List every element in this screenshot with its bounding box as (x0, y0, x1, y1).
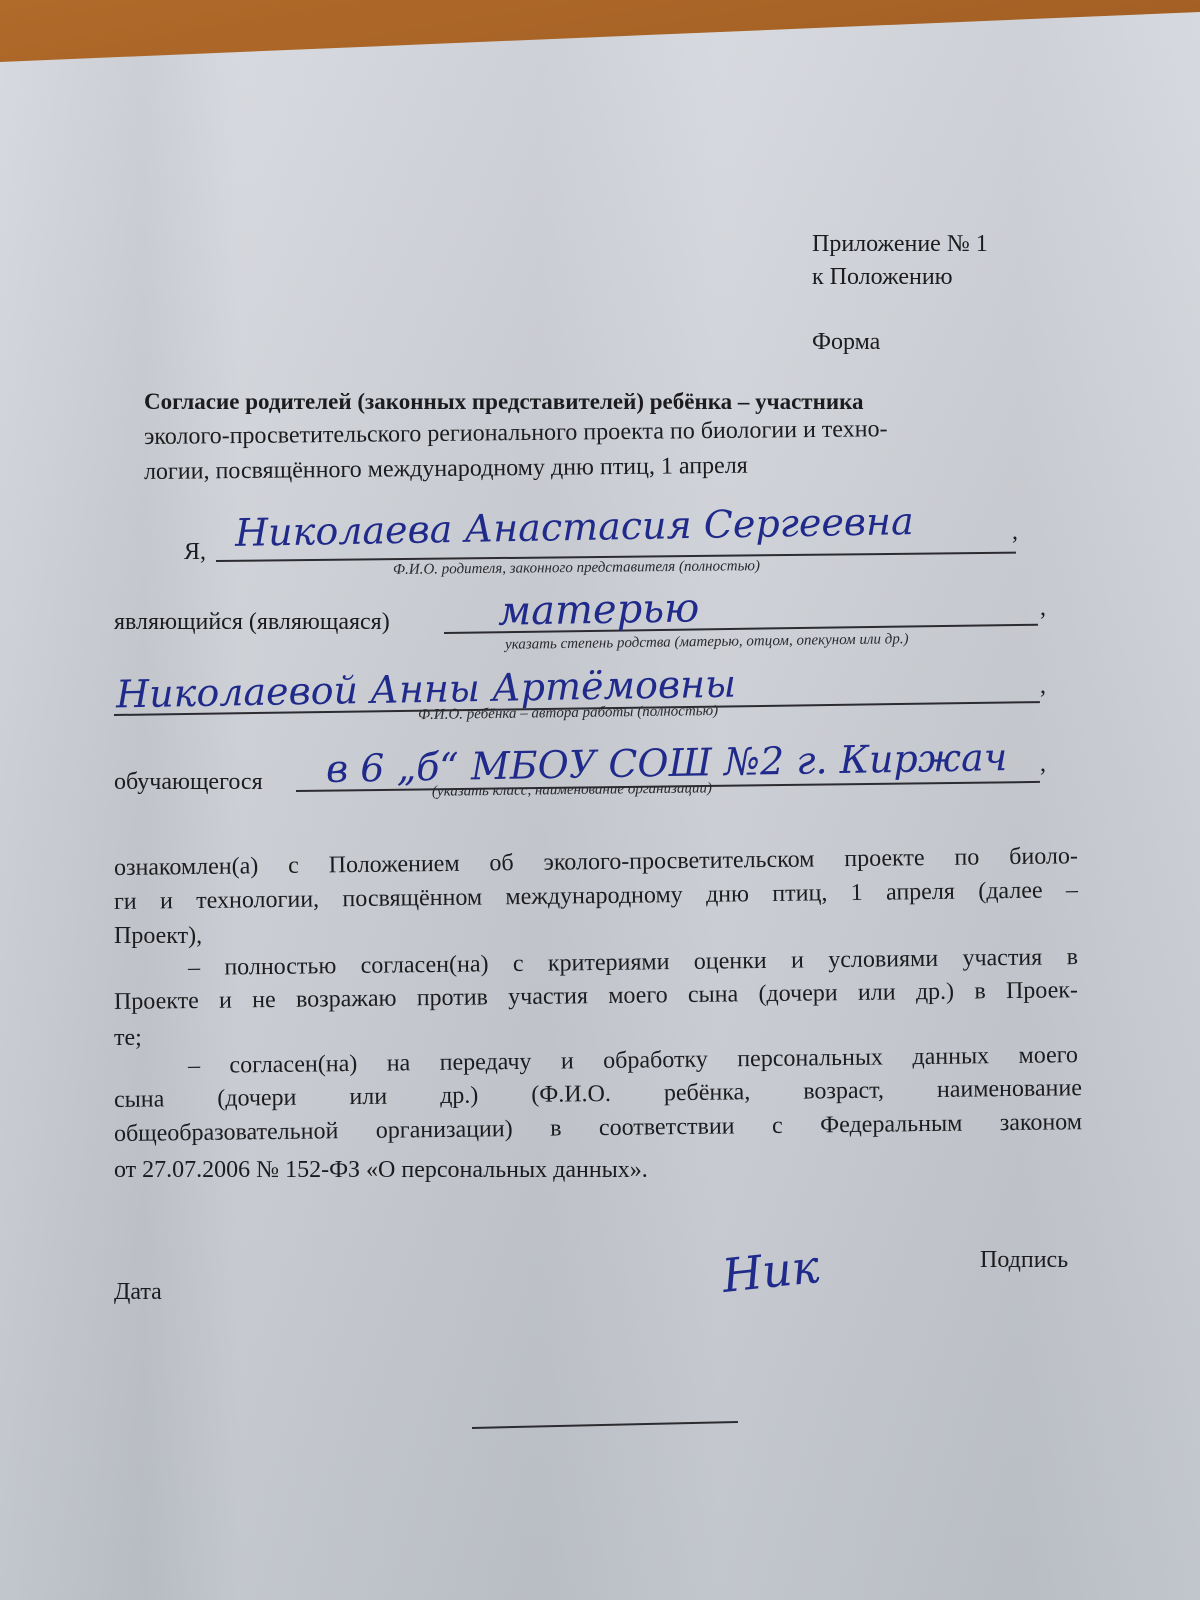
document-title: Согласие родителей (законных представите… (144, 390, 863, 413)
body-p2-line2: Проекте и не возражаю против участия мое… (114, 978, 1078, 1014)
body-p3-line1: – согласен(на) на передачу и обработку п… (188, 1043, 1078, 1078)
school-prefix: обучающегося (114, 770, 263, 794)
relation-prefix: являющийся (являющаяся) (114, 610, 390, 634)
parent-suffix: , (1012, 520, 1018, 544)
parent-prefix: Я, (184, 540, 206, 564)
date-label: Дата (114, 1280, 162, 1304)
form-label: Форма (812, 330, 880, 354)
body-p1-line2: ги и технологии, посвящённом международн… (114, 878, 1078, 914)
child-suffix: , (1040, 674, 1046, 698)
child-caption: Ф.И.О. ребёнка – автора работы (полность… (418, 703, 718, 724)
body-p2-line1: – полностью согласен(на) с критериями оц… (188, 945, 1078, 980)
body-p3-line2: сына (дочери или др.) (Ф.И.О. ребёнка, в… (114, 1076, 1082, 1112)
body-p2-line3: те; (114, 1026, 142, 1050)
relation-field[interactable]: матерью (498, 588, 700, 632)
date-signature-line[interactable] (472, 1421, 738, 1429)
signature-field[interactable]: Ник (720, 1243, 821, 1299)
body-p1-line1: ознакомлен(а) с Положением об эколого-пр… (114, 844, 1078, 880)
parent-caption: Ф.И.О. родителя, законного представителя… (393, 558, 760, 579)
body-p3-line3: общеобразовательной организации) в соотв… (114, 1110, 1082, 1146)
document-page: Приложение № 1 к Положению Форма Согласи… (0, 0, 1200, 1600)
parent-name-field[interactable]: Николаева Анастасия Сергеевна (235, 502, 914, 552)
appendix-to-regulation: к Положению (812, 265, 953, 289)
appendix-number: Приложение № 1 (812, 232, 988, 256)
school-caption: (указать класс, наименование организации… (432, 780, 712, 800)
title-line-3: логии, посвящённого международному дню п… (144, 454, 748, 484)
school-suffix: , (1040, 752, 1046, 776)
relation-caption: указать степень родства (матерью, отцом,… (505, 631, 909, 654)
relation-suffix: , (1040, 596, 1046, 620)
body-p3-line4: от 27.07.2006 № 152-ФЗ «О персональных д… (114, 1158, 648, 1182)
body-p1-line3: Проект), (114, 924, 202, 948)
signature-label: Подпись (980, 1248, 1068, 1272)
title-line-2: эколого-просветительского регионального … (144, 417, 888, 449)
